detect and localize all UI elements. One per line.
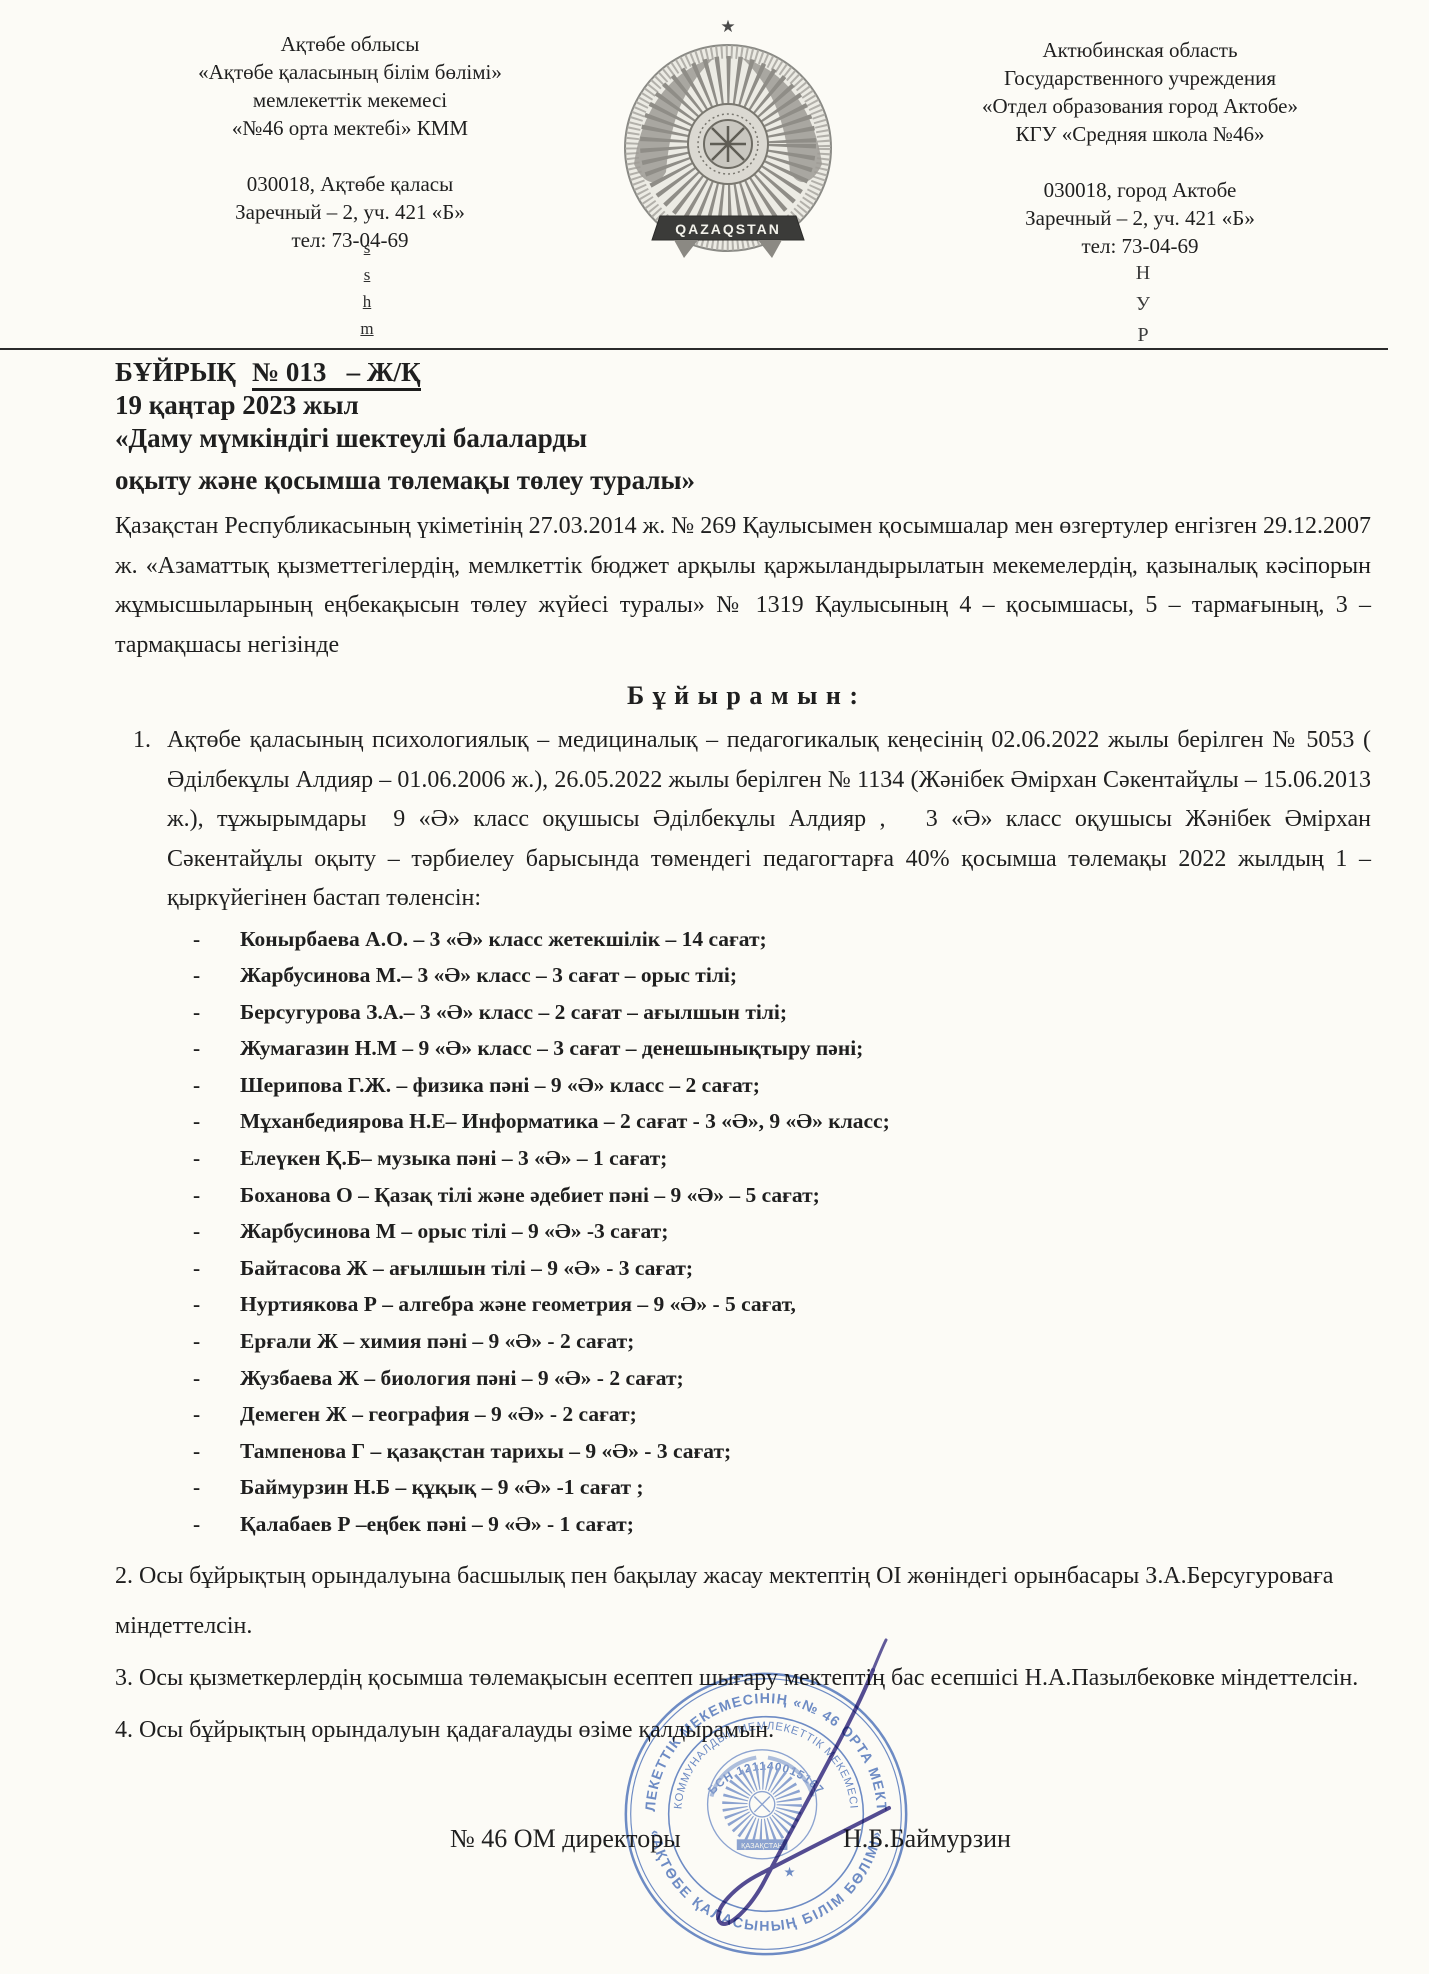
org-address-kk: 030018, Ақтөбе қаласыЗаречный – 2, уч. 4… (110, 170, 590, 254)
list-dash-marker: - (193, 1140, 240, 1177)
header-separator-line (0, 348, 1388, 350)
order-number: № 013 – Ж/Қ (252, 357, 421, 391)
vertical-letter: s (352, 261, 382, 288)
address-line: 030018, Ақтөбе қаласы (110, 170, 590, 198)
teacher-allocation-text: Демеген Ж – география – 9 «Ә» - 2 сағат; (240, 1396, 637, 1433)
list-dash-marker: - (193, 1506, 240, 1543)
vertical-letter: Н (1126, 258, 1160, 289)
directive-1-number: 1. (115, 721, 167, 919)
org-line: «№46 орта мектебі» КММ (110, 114, 590, 142)
teacher-allocation-text: Жумагазин Н.М – 9 «Ә» класс – 3 сағат – … (240, 1030, 863, 1067)
list-dash-marker: - (193, 1213, 240, 1250)
vertical-letter: h (352, 288, 382, 315)
list-dash-marker: - (193, 1067, 240, 1104)
order-subject-line1: «Даму мүмкіндігі шектеулі балаларды (115, 422, 1371, 455)
teacher-allocation-text: Ерғали Ж – химия пәні – 9 «Ә» - 2 сағат; (240, 1323, 634, 1360)
teacher-allocation-item: - Демеген Ж – география – 9 «Ә» - 2 саға… (193, 1396, 1371, 1433)
directive-1-text: Ақтөбе қаласының психологиялық – медицин… (167, 721, 1371, 919)
list-dash-marker: - (193, 1250, 240, 1287)
teacher-allocation-item: - Ерғали Ж – химия пәні – 9 «Ә» - 2 саға… (193, 1323, 1371, 1360)
teacher-allocation-text: Жарбусинова М.– 3 «Ә» класс – 3 сағат – … (240, 957, 737, 994)
teacher-allocation-item: - Жумагазин Н.М – 9 «Ә» класс – 3 сағат … (193, 1030, 1371, 1067)
list-dash-marker: - (193, 1469, 240, 1506)
list-dash-marker: - (193, 921, 240, 958)
order-date: 19 қаңтар 2023 жыл (115, 389, 1371, 422)
list-dash-marker: - (193, 1396, 240, 1433)
teacher-allocation-text: Шерипова Г.Ж. – физика пәні – 9 «Ә» клас… (240, 1067, 760, 1104)
vertical-letter: s (352, 234, 382, 261)
vertical-letter: m (352, 315, 382, 342)
teacher-allocation-item: - Боханова О – Қазақ тілі және әдебиет п… (193, 1177, 1371, 1214)
org-line: КГУ «Средняя школа №46» (900, 120, 1380, 148)
scanned-order-document: Ақтөбе облысы«Ақтөбе қаласының білім бөл… (0, 0, 1429, 1974)
org-line: Государственного учреждения (900, 64, 1380, 92)
org-line: Ақтөбе облысы (110, 30, 590, 58)
list-dash-marker: - (193, 957, 240, 994)
teacher-allocation-text: Жарбусинова М – орыс тілі – 9 «Ә» -3 сағ… (240, 1213, 668, 1250)
teacher-allocation-text: Елеүкен Қ.Б– музыка пәні – 3 «Ә» – 1 сағ… (240, 1140, 667, 1177)
teacher-allocation-item: - Қалабаев Р –еңбек пәні – 9 «Ә» - 1 сағ… (193, 1506, 1371, 1543)
vertical-letter: У (1126, 289, 1160, 320)
org-name-lines-ru: Актюбинская областьГосударственного учре… (900, 36, 1380, 148)
teacher-allocation-item: - Конырбаева А.О. – 3 «Ә» класс жетекшіл… (193, 921, 1371, 958)
list-dash-marker: - (193, 1103, 240, 1140)
list-dash-marker: - (193, 994, 240, 1031)
order-body: БҰЙРЫҚ№ 013 – Ж/Қ 19 қаңтар 2023 жыл «Да… (115, 356, 1371, 1757)
teacher-allocation-item: - Жарбусинова М – орыс тілі – 9 «Ә» -3 с… (193, 1213, 1371, 1250)
teacher-allocation-text: Боханова О – Қазақ тілі және әдебиет пән… (240, 1177, 820, 1214)
address-line: Заречный – 2, уч. 421 «Б» (900, 204, 1380, 232)
list-dash-marker: - (193, 1433, 240, 1470)
teacher-allocation-item: - Елеүкен Қ.Б– музыка пәні – 3 «Ә» – 1 с… (193, 1140, 1371, 1177)
teacher-allocation-list: - Конырбаева А.О. – 3 «Ә» класс жетекшіл… (193, 921, 1371, 1543)
teacher-allocation-item: - Баймурзин Н.Б – құқық – 9 «Ә» -1 сағат… (193, 1469, 1371, 1506)
directive-item-1: 1. Ақтөбе қаласының психологиялық – меди… (115, 721, 1371, 919)
order-heading-block: БҰЙРЫҚ№ 013 – Ж/Қ 19 қаңтар 2023 жыл «Да… (115, 356, 1371, 497)
list-dash-marker: - (193, 1286, 240, 1323)
kazakhstan-emblem: ★ QAZAQSTAN (612, 14, 844, 262)
vertical-letters-left: sshm (352, 234, 382, 342)
emblem-banner-text: QAZAQSTAN (675, 221, 781, 237)
order-number-line: БҰЙРЫҚ№ 013 – Ж/Қ (115, 356, 1371, 389)
org-line: Актюбинская область (900, 36, 1380, 64)
address-line: тел: 73-04-69 (110, 226, 590, 254)
teacher-allocation-item: - Жузбаева Ж – биология пәні – 9 «Ә» - 2… (193, 1360, 1371, 1397)
teacher-allocation-text: Баймурзин Н.Б – құқық – 9 «Ә» -1 сағат ; (240, 1469, 644, 1506)
teacher-allocation-item: - Шерипова Г.Ж. – физика пәні – 9 «Ә» кл… (193, 1067, 1371, 1104)
org-line: мемлекеттік мекемесі (110, 86, 590, 114)
teacher-allocation-item: - Байтасова Ж – ағылшын тілі – 9 «Ә» - 3… (193, 1250, 1371, 1287)
teacher-allocation-text: Байтасова Ж – ағылшын тілі – 9 «Ә» - 3 с… (240, 1250, 693, 1287)
org-line: «Отдел образования город Актобе» (900, 92, 1380, 120)
teacher-allocation-text: Нуртиякова Р – алгебра және геометрия – … (240, 1286, 796, 1323)
list-dash-marker: - (193, 1177, 240, 1214)
emblem-star-icon: ★ (720, 17, 735, 36)
order-preamble: Қазақстан Республикасының үкіметінің 27.… (115, 507, 1371, 665)
teacher-allocation-text: Жузбаева Ж – биология пәні – 9 «Ә» - 2 с… (240, 1360, 684, 1397)
order-subject-line2: оқыту және қосымша төлемақы төлеу туралы… (115, 464, 1371, 497)
order-title-label: БҰЙРЫҚ (115, 357, 236, 387)
director-signature (600, 1628, 930, 1968)
org-line: «Ақтөбе қаласының білім бөлімі» (110, 58, 590, 86)
address-line: 030018, город Актобе (900, 176, 1380, 204)
org-name-lines-kk: Ақтөбе облысы«Ақтөбе қаласының білім бөл… (110, 30, 590, 142)
teacher-allocation-text: Тампенова Г – қазақстан тарихы – 9 «Ә» -… (240, 1433, 731, 1470)
teacher-allocation-item: - Жарбусинова М.– 3 «Ә» класс – 3 сағат … (193, 957, 1371, 994)
teacher-allocation-item: - Нуртиякова Р – алгебра және геометрия … (193, 1286, 1371, 1323)
list-dash-marker: - (193, 1323, 240, 1360)
teacher-allocation-item: - Тампенова Г – қазақстан тарихы – 9 «Ә»… (193, 1433, 1371, 1470)
vertical-letters-right: НУР (1126, 258, 1160, 351)
teacher-allocation-item: - Берсугурова З.А.– 3 «Ә» класс – 2 саға… (193, 994, 1371, 1031)
list-dash-marker: - (193, 1360, 240, 1397)
list-dash-marker: - (193, 1030, 240, 1067)
address-line: Заречный – 2, уч. 421 «Б» (110, 198, 590, 226)
vertical-letter: Р (1126, 320, 1160, 351)
header-org-kazakh: Ақтөбе облысы«Ақтөбе қаласының білім бөл… (110, 30, 590, 254)
resolution-heading: Б ұ й ы р а м ы н : (115, 681, 1371, 711)
address-line: тел: 73-04-69 (900, 232, 1380, 260)
teacher-allocation-text: Мұханбедиярова Н.Е– Информатика – 2 саға… (240, 1103, 890, 1140)
header-org-russian: Актюбинская областьГосударственного учре… (900, 36, 1380, 260)
teacher-allocation-text: Берсугурова З.А.– 3 «Ә» класс – 2 сағат … (240, 994, 787, 1031)
teacher-allocation-text: Конырбаева А.О. – 3 «Ә» класс жетекшілік… (240, 921, 767, 958)
org-address-ru: 030018, город АктобеЗаречный – 2, уч. 42… (900, 176, 1380, 260)
teacher-allocation-text: Қалабаев Р –еңбек пәні – 9 «Ә» - 1 сағат… (240, 1506, 634, 1543)
teacher-allocation-item: - Мұханбедиярова Н.Е– Информатика – 2 са… (193, 1103, 1371, 1140)
